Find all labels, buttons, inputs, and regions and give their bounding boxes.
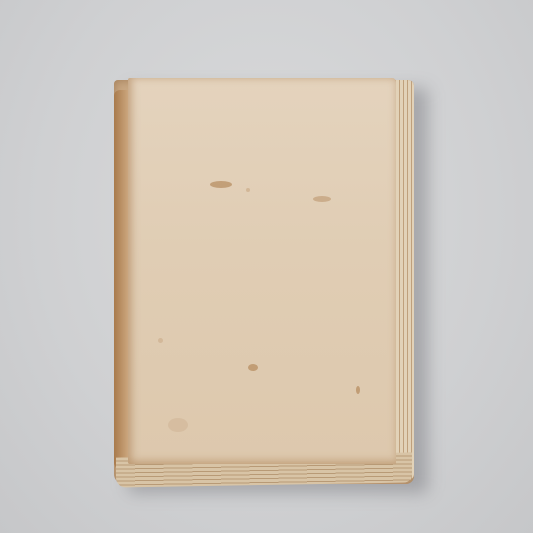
stain [168,418,188,432]
stain [158,338,163,343]
stain [246,188,250,192]
stain [210,181,232,188]
stain [248,364,258,371]
stain [313,196,331,202]
blank-cover-page [128,78,396,464]
stain [356,386,360,394]
